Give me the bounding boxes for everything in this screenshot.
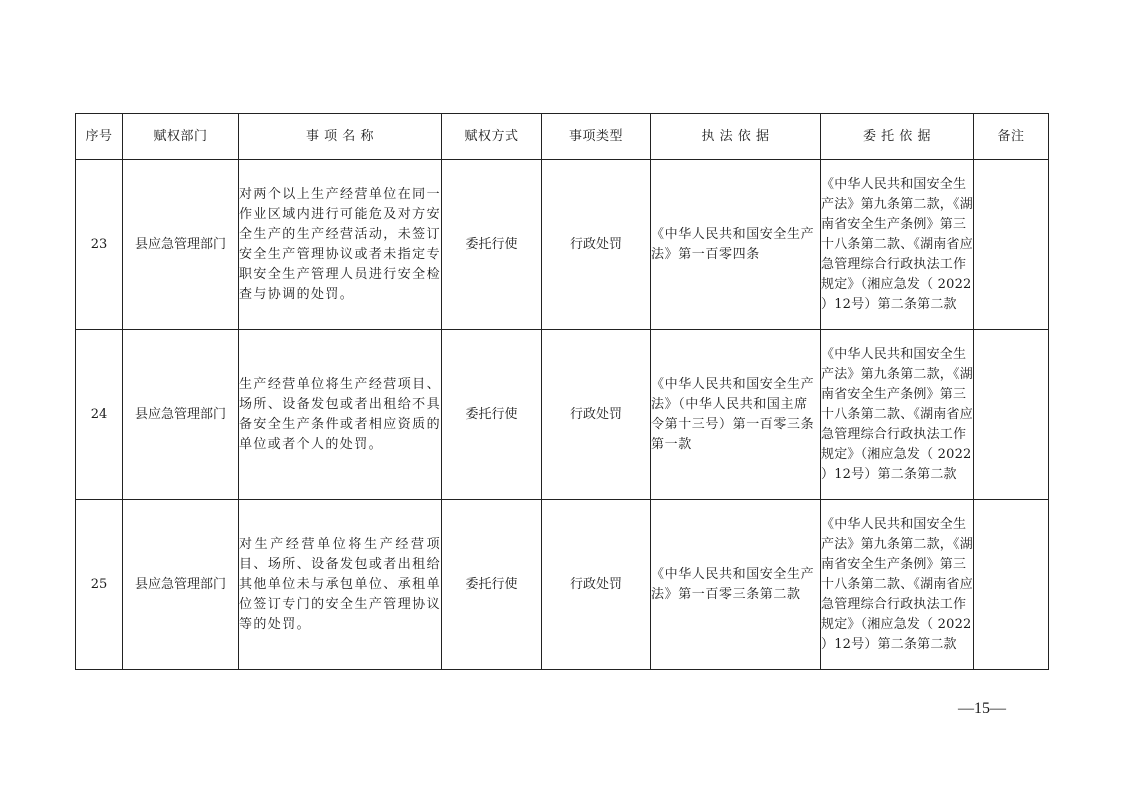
header-legal-basis: 执 法 依 据 bbox=[651, 114, 821, 160]
authority-delegation-table: 序号 赋权部门 事 项 名 称 赋权方式 事项类型 执 法 依 据 委 托 依 … bbox=[75, 113, 1049, 670]
cell-remark bbox=[974, 160, 1049, 330]
cell-legal-basis: 《中华人民共和国安全生产法》第一百零三条第二款 bbox=[651, 500, 821, 670]
cell-no: 24 bbox=[76, 330, 123, 500]
header-item-name: 事 项 名 称 bbox=[239, 114, 442, 160]
header-remark: 备注 bbox=[974, 114, 1049, 160]
cell-no: 23 bbox=[76, 160, 123, 330]
cell-remark bbox=[974, 330, 1049, 500]
header-mode: 赋权方式 bbox=[442, 114, 542, 160]
cell-delegation-basis: 《中华人民共和国安全生产法》第九条第二款，《湖南省安全生产条例》第三十八条第二款… bbox=[821, 160, 974, 330]
table-header-row: 序号 赋权部门 事 项 名 称 赋权方式 事项类型 执 法 依 据 委 托 依 … bbox=[76, 114, 1049, 160]
header-department: 赋权部门 bbox=[123, 114, 239, 160]
cell-department: 县应急管理部门 bbox=[123, 160, 239, 330]
cell-no: 25 bbox=[76, 500, 123, 670]
cell-legal-basis: 《中华人民共和国安全生产法》第一百零四条 bbox=[651, 160, 821, 330]
cell-type: 行政处罚 bbox=[542, 330, 651, 500]
header-delegation-basis: 委 托 依 据 bbox=[821, 114, 974, 160]
cell-type: 行政处罚 bbox=[542, 160, 651, 330]
table-row: 24 县应急管理部门 生产经营单位将生产经营项目、场所、设备发包或者出租给不具备… bbox=[76, 330, 1049, 500]
cell-mode: 委托行使 bbox=[442, 160, 542, 330]
cell-department: 县应急管理部门 bbox=[123, 500, 239, 670]
table-row: 25 县应急管理部门 对生产经营单位将生产经营项目、场所、设备发包或者出租给其他… bbox=[76, 500, 1049, 670]
cell-item-name: 生产经营单位将生产经营项目、场所、设备发包或者出租给不具备安全生产条件或者相应资… bbox=[239, 330, 442, 500]
page-number: —15— bbox=[958, 700, 1006, 718]
cell-delegation-basis: 《中华人民共和国安全生产法》第九条第二款，《湖南省安全生产条例》第三十八条第二款… bbox=[821, 330, 974, 500]
cell-mode: 委托行使 bbox=[442, 330, 542, 500]
cell-type: 行政处罚 bbox=[542, 500, 651, 670]
header-no: 序号 bbox=[76, 114, 123, 160]
cell-remark bbox=[974, 500, 1049, 670]
table-row: 23 县应急管理部门 对两个以上生产经营单位在同一作业区域内进行可能危及对方安全… bbox=[76, 160, 1049, 330]
cell-legal-basis: 《中华人民共和国安全生产法》（中华人民共和国主席令第十三号）第一百零三条第一款 bbox=[651, 330, 821, 500]
cell-item-name: 对两个以上生产经营单位在同一作业区域内进行可能危及对方安全生产的生产经营活动，未… bbox=[239, 160, 442, 330]
cell-item-name: 对生产经营单位将生产经营项目、场所、设备发包或者出租给其他单位未与承包单位、承租… bbox=[239, 500, 442, 670]
cell-mode: 委托行使 bbox=[442, 500, 542, 670]
cell-department: 县应急管理部门 bbox=[123, 330, 239, 500]
cell-delegation-basis: 《中华人民共和国安全生产法》第九条第二款，《湖南省安全生产条例》第三十八条第二款… bbox=[821, 500, 974, 670]
header-type: 事项类型 bbox=[542, 114, 651, 160]
